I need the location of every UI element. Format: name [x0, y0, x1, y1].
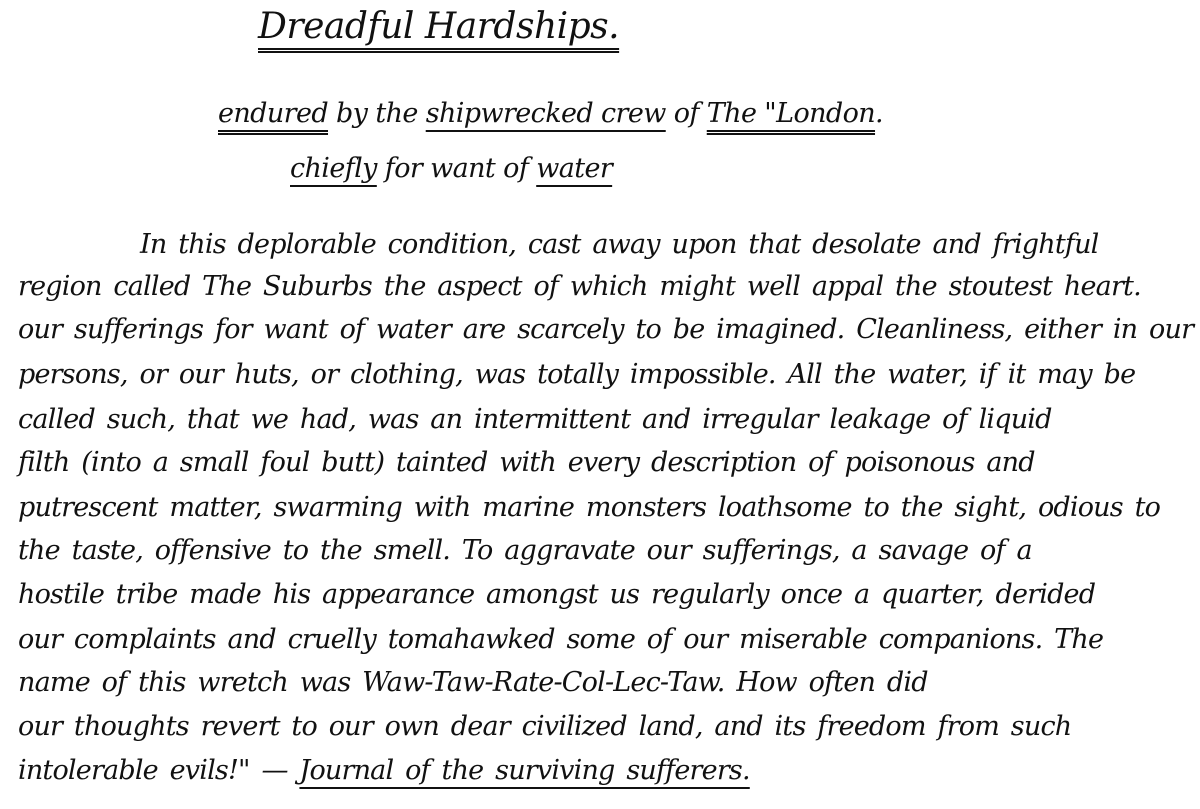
subtitle-chiefly: chiefly — [290, 153, 377, 184]
subtitle-line-1: endured by the shipwrecked crew of The "… — [218, 98, 883, 129]
body-line-6: filth (into a small foul butt) tainted w… — [18, 443, 1035, 483]
subtitle-by-the: by the — [328, 98, 426, 129]
signature: Journal of the surviving sufferers. — [299, 755, 749, 786]
body-line-4: persons, or our huts, or clothing, was t… — [18, 355, 1135, 395]
body-line-11: name of this wretch was Waw-Taw-Rate-Col… — [18, 663, 928, 703]
body-line-1: In this deplorable condition, cast away … — [140, 225, 1099, 265]
body-line-8: the taste, offensive to the smell. To ag… — [18, 531, 1032, 571]
body-line-13: intolerable evils!" — Journal of the sur… — [18, 751, 750, 791]
body-line-7: putrescent matter, swarming with marine … — [18, 488, 1160, 528]
document-title: Dreadful Hardships. — [258, 6, 619, 47]
subtitle-shipwrecked-crew: shipwrecked crew — [426, 98, 666, 129]
subtitle-line-2: chiefly for want of water — [290, 153, 612, 184]
subtitle-water: water — [536, 153, 612, 184]
body-line-12: our thoughts revert to our own dear civi… — [18, 707, 1071, 747]
subtitle-the-london: The "London — [707, 98, 875, 129]
subtitle-period: . — [875, 98, 883, 129]
body-line-2: region called The Suburbs the aspect of … — [18, 267, 1141, 307]
body-line-5: called such, that we had, was an intermi… — [18, 400, 1052, 440]
body-line-10: our complaints and cruelly tomahawked so… — [18, 620, 1103, 660]
subtitle-endured: endured — [218, 98, 328, 129]
closing-text: intolerable evils!" — — [18, 755, 299, 786]
subtitle-of: of — [666, 98, 707, 129]
title-text: Dreadful Hardships. — [258, 6, 619, 47]
body-line-9: hostile tribe made his appearance amongs… — [18, 575, 1095, 615]
subtitle-for-want-of: for want of — [377, 153, 536, 184]
manuscript-page: Dreadful Hardships. endured by the shipw… — [0, 0, 1200, 809]
body-line-3: our sufferings for want of water are sca… — [18, 310, 1193, 350]
